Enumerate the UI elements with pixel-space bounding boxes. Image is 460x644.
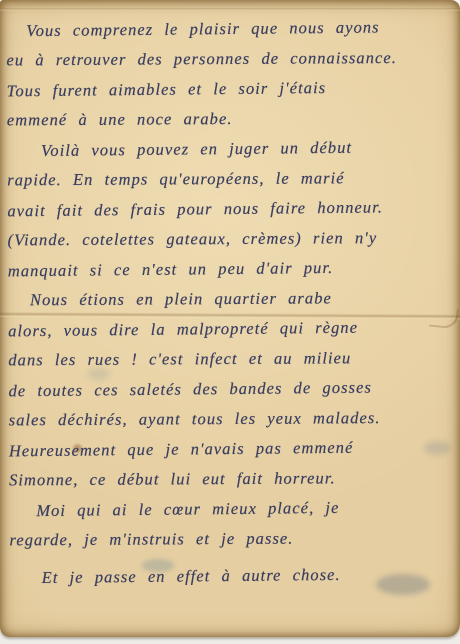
letter-line: Heureusement que je n'avais pas emmené bbox=[9, 432, 459, 467]
letter-paper: Vous comprenez le plaisir que nous ayons… bbox=[0, 0, 460, 637]
letter-line: rapide. En temps qu'européens, le marié bbox=[7, 163, 457, 196]
letter-line: manquait si ce n'est un peu d'air pur. bbox=[8, 252, 458, 287]
letter-line: regarde, je m'instruis et je passe. bbox=[9, 523, 459, 556]
letter-line: sales déchirés, ayant tous les yeux mala… bbox=[9, 403, 459, 436]
letter-line: Moi qui ai le cœur mieux placé, je bbox=[9, 492, 459, 527]
top-edge-crease bbox=[0, 8, 460, 11]
letter-line: Simonne, ce début lui eut fait horreur. bbox=[9, 463, 459, 496]
letter-line: alors, vous dire la malpropreté qui règn… bbox=[8, 312, 458, 347]
letter-line: Et je passe en effet à autre chose. bbox=[10, 559, 460, 594]
letter-line: Tous furent aimables et le soir j'étais bbox=[7, 72, 457, 107]
letter-line: dans les rues ! c'est infect et au milie… bbox=[8, 343, 458, 376]
letter-line: Nous étions en plein quartier arabe bbox=[8, 283, 458, 316]
letter-line: Vous comprenez le plaisir que nous ayons bbox=[6, 12, 456, 47]
letter-line: eu à retrouver des personnes de connaiss… bbox=[6, 43, 456, 76]
letter-line: (Viande. cotelettes gateaux, crèmes) rie… bbox=[8, 223, 458, 256]
letter-line: emmené à une noce arabe. bbox=[7, 103, 457, 136]
scan-background: Vous comprenez le plaisir que nous ayons… bbox=[0, 0, 460, 644]
letter-line: avait fait des frais pour nous faire hon… bbox=[7, 192, 457, 227]
letter-line: de toutes ces saletés des bandes de goss… bbox=[8, 372, 458, 407]
letter-line: Voilà vous pouvez en juger un début bbox=[7, 132, 457, 167]
letter-text: Vous comprenez le plaisir que nous ayons… bbox=[6, 13, 460, 593]
